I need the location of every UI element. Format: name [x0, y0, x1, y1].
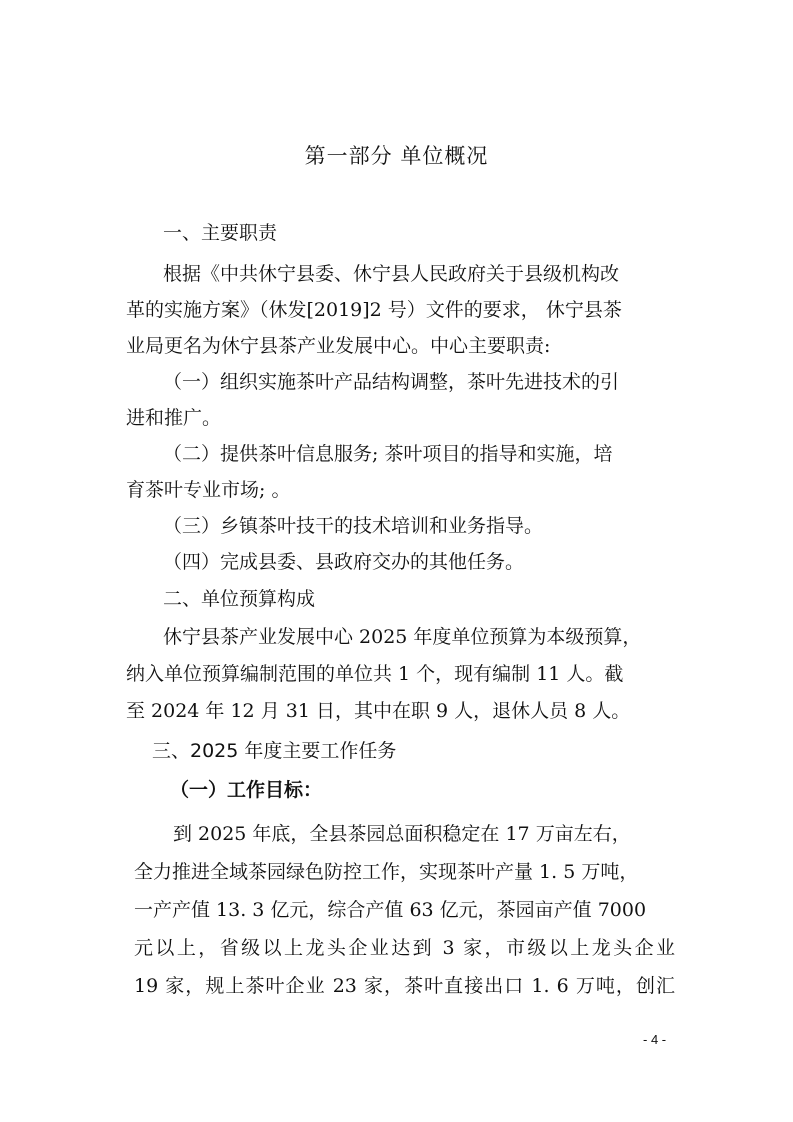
page-title: 第一部分 单位概况 — [0, 140, 793, 170]
section-heading-duties: 一、主要职责 — [163, 221, 277, 245]
paragraph-line: 纳入单位预算编制范围的单位共 1 个，现有编制 11 人。截 — [126, 662, 672, 686]
paragraph-line: 到 2025 年底，全县茶园总面积稳定在 17 万亩左右， — [173, 822, 675, 846]
subheading-work-goals: （一）工作目标： — [170, 778, 322, 802]
document-page: 第一部分 单位概况 一、主要职责 根据《中共休宁县委、休宁县人民政府关于县级机构… — [0, 0, 793, 1122]
paragraph-line: 一产产值 13. 3 亿元，综合产值 63 亿元，茶园亩产值 7000 — [134, 898, 675, 922]
duty-item-1-cont: 进和推广。 — [126, 406, 221, 430]
page-number: - 4 - — [643, 1032, 666, 1047]
section-heading-tasks: 三、2025 年度主要工作任务 — [152, 739, 396, 763]
paragraph-line: 业局更名为休宁县茶产业发展中心。中心主要职责: — [126, 334, 550, 358]
paragraph-line: 元以上，省级以上龙头企业达到 3 家，市级以上龙头企业 — [134, 936, 675, 960]
duty-item-1: （一）组织实施茶叶产品结构调整，茶叶先进技术的引 — [163, 370, 672, 394]
paragraph-line: 休宁县茶产业发展中心 2025 年度单位预算为本级预算， — [163, 625, 672, 649]
duty-item-4: （四）完成县委、县政府交办的其他任务。 — [163, 550, 524, 574]
duty-item-3: （三）乡镇茶叶技干的技术培训和业务指导。 — [163, 514, 543, 538]
section-heading-budget: 二、单位预算构成 — [163, 587, 315, 611]
paragraph-line: 至 2024 年 12 月 31 日，其中在职 9 人，退休人员 8 人。 — [126, 699, 630, 723]
paragraph-line: 革的实施方案》（休发[2019]2 号）文件的要求， 休宁县茶 — [126, 298, 672, 322]
paragraph-line: 19 家，规上茶叶企业 23 家，茶叶直接出口 1. 6 万吨，创汇 — [134, 974, 675, 998]
paragraph-line: 根据《中共休宁县委、休宁县人民政府关于县级机构改 — [163, 262, 672, 286]
duty-item-2-cont: 育茶叶专业市场; 。 — [126, 478, 290, 502]
paragraph-line: 全力推进全域茶园绿色防控工作，实现茶叶产量 1. 5 万吨， — [134, 860, 675, 884]
duty-item-2: （二）提供茶叶信息服务; 茶叶项目的指导和实施，培 — [163, 442, 672, 466]
